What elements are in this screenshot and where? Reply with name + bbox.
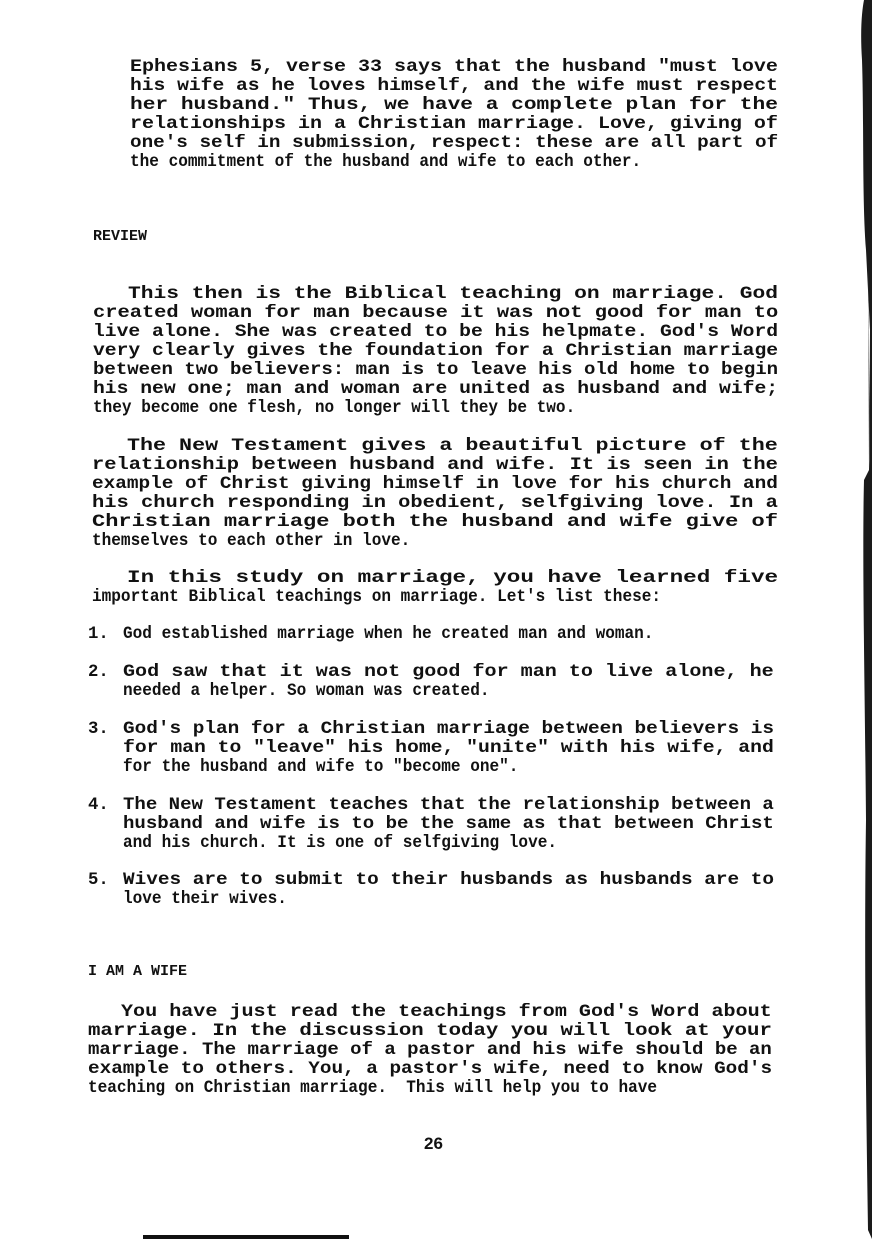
text-line: marriage. The marriage of a pastor and h… [88, 1041, 772, 1060]
text-line: You have just read the teachings from Go… [121, 1003, 772, 1022]
text-line: teaching on Christian marriage. This wil… [88, 1079, 657, 1098]
text-line: marriage. In the discussion today you wi… [88, 1022, 772, 1041]
text-line: Wives are to submit to their husbands as… [123, 871, 774, 890]
text-line: and his church. It is one of selfgiving … [123, 834, 557, 853]
text-line: themselves to each other in love. [92, 532, 410, 551]
text-line: one's self in submission, respect: these… [130, 134, 778, 153]
text-line: God saw that it was not good for man to … [123, 663, 774, 682]
review-heading: REVIEW [93, 228, 147, 246]
text-line: Christian marriage both the husband and … [92, 513, 778, 532]
text-line: created woman for man because it was not… [93, 304, 778, 323]
list-number: 5. [88, 871, 109, 890]
text-line: husband and wife is to be the same as th… [123, 815, 774, 834]
i-am-a-wife-heading: I AM A WIFE [88, 963, 187, 981]
text-line: In this study on marriage, you have lear… [127, 569, 778, 588]
text-line: example to others. You, a pastor's wife,… [88, 1060, 772, 1079]
text-line: God established marriage when he created… [123, 625, 653, 644]
text-line: for the husband and wife to "become one"… [123, 758, 518, 777]
text-line: This then is the Biblical teaching on ma… [128, 285, 778, 304]
text-line: between two believers: man is to leave h… [93, 361, 778, 380]
text-line: important Biblical teachings on marriage… [92, 588, 661, 607]
text-line: for man to "leave" his home, "unite" wit… [123, 739, 774, 758]
text-line: his new one; man and woman are united as… [93, 380, 778, 399]
list-number: 4. [88, 796, 109, 815]
text-line: live alone. She was created to be his he… [93, 323, 778, 342]
text-line: the commitment of the husband and wife t… [130, 153, 641, 172]
text-line: example of Christ giving himself in love… [92, 475, 778, 494]
text-line: relationships in a Christian marriage. L… [130, 115, 778, 134]
text-line: her husband." Thus, we have a complete p… [130, 96, 778, 115]
list-number: 1. [88, 625, 109, 644]
text-line: Ephesians 5, verse 33 says that the husb… [130, 58, 778, 77]
text-line: love their wives. [123, 890, 287, 909]
text-line: needed a helper. So woman was created. [123, 682, 489, 701]
text-line: very clearly gives the foundation for a … [93, 342, 778, 361]
page-number: 26 [424, 1134, 443, 1154]
list-number: 3. [88, 720, 109, 739]
text-line: relationship between husband and wife. I… [92, 456, 778, 475]
text-line: The New Testament teaches that the relat… [123, 796, 774, 815]
text-line: The New Testament gives a beautiful pict… [127, 437, 778, 456]
text-line: his church responding in obedient, selfg… [92, 494, 778, 513]
text-line: his wife as he loves himself, and the wi… [130, 77, 778, 96]
scanned-binding-edge [842, 0, 872, 1239]
text-line: they become one flesh, no longer will th… [93, 399, 575, 418]
footnote-rule [143, 1235, 349, 1239]
list-number: 2. [88, 663, 109, 682]
text-line: God's plan for a Christian marriage betw… [123, 720, 774, 739]
